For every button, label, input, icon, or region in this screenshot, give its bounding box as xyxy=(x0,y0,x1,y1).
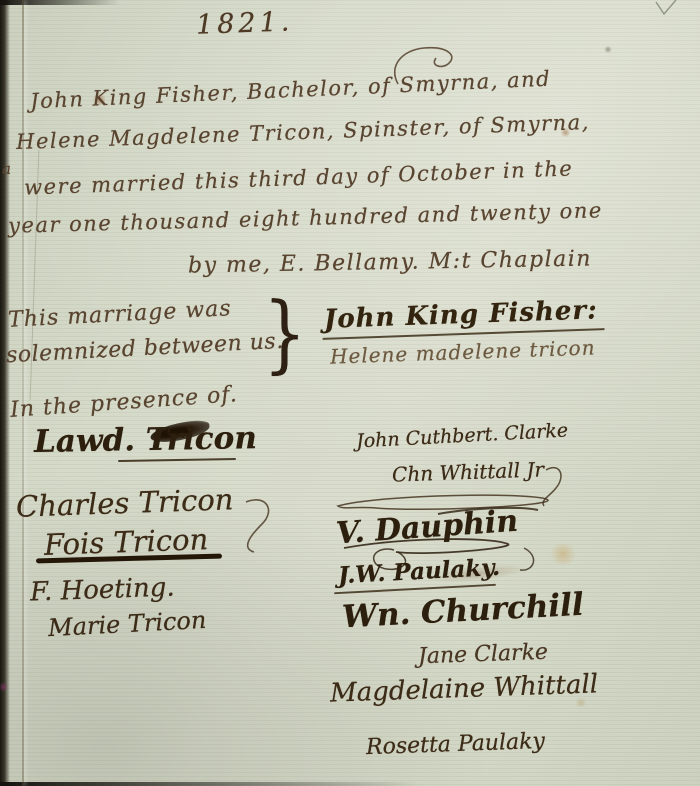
witness-signature: Rosetta Paulaky xyxy=(366,729,546,760)
witness-signature: John Cuthbert. Clarke xyxy=(356,419,569,452)
pen-flourish xyxy=(246,500,269,552)
pen-flourish xyxy=(543,468,561,506)
register-line-2: Helene Magdelene Tricon, Spinster, of Sm… xyxy=(16,110,590,154)
witness-signature: V. Dauphin xyxy=(335,504,519,552)
ink-underline xyxy=(118,458,236,462)
scan-edge-top xyxy=(0,0,120,5)
pencil-checkmark-icon xyxy=(656,0,676,14)
register-line-1: John King Fisher, Bachelor, of Smyrna, a… xyxy=(30,67,552,114)
page-crease xyxy=(22,0,24,786)
stain xyxy=(548,544,578,564)
officiant-line: by me, E. Bellamy. M:t Chaplain xyxy=(188,246,592,278)
witness-signature: Marie Tricon xyxy=(47,606,207,642)
stain xyxy=(0,681,7,693)
margin-insert-mark: a xyxy=(1,160,11,179)
register-line-3: were married this third day of October i… xyxy=(24,156,574,199)
attestation-statement-line-2: solemnized between us. xyxy=(6,329,285,369)
witness-signature: Wn. Churchill xyxy=(341,587,584,636)
bride-signature: Helene madelene tricon xyxy=(330,335,596,368)
witness-signature: Lawd. Tricon xyxy=(34,420,257,460)
scan-edge-bottom xyxy=(0,782,420,786)
binding-edge xyxy=(0,0,10,786)
witness-signature: Chn Whittall Jr xyxy=(392,457,545,486)
curly-brace-glyph: } xyxy=(263,284,306,382)
witness-signature: Charles Tricon xyxy=(15,482,233,524)
witness-signature: Jane Clarke xyxy=(418,640,549,670)
register-page: 1821. John King Fisher, Bachelor, of Smy… xyxy=(0,0,700,786)
witness-signature: Magdelaine Whittall xyxy=(330,669,599,708)
year-heading: 1821. xyxy=(195,6,293,40)
register-line-4: year one thousand eight hundred and twen… xyxy=(8,198,603,238)
witness-heading: In the presence of. xyxy=(9,382,238,423)
stain xyxy=(604,46,612,53)
groom-signature: John King Fisher: xyxy=(321,295,604,340)
witness-signature: F. Hoeting. xyxy=(30,572,176,607)
attestation-statement-line-1: This marriage was xyxy=(7,296,232,333)
